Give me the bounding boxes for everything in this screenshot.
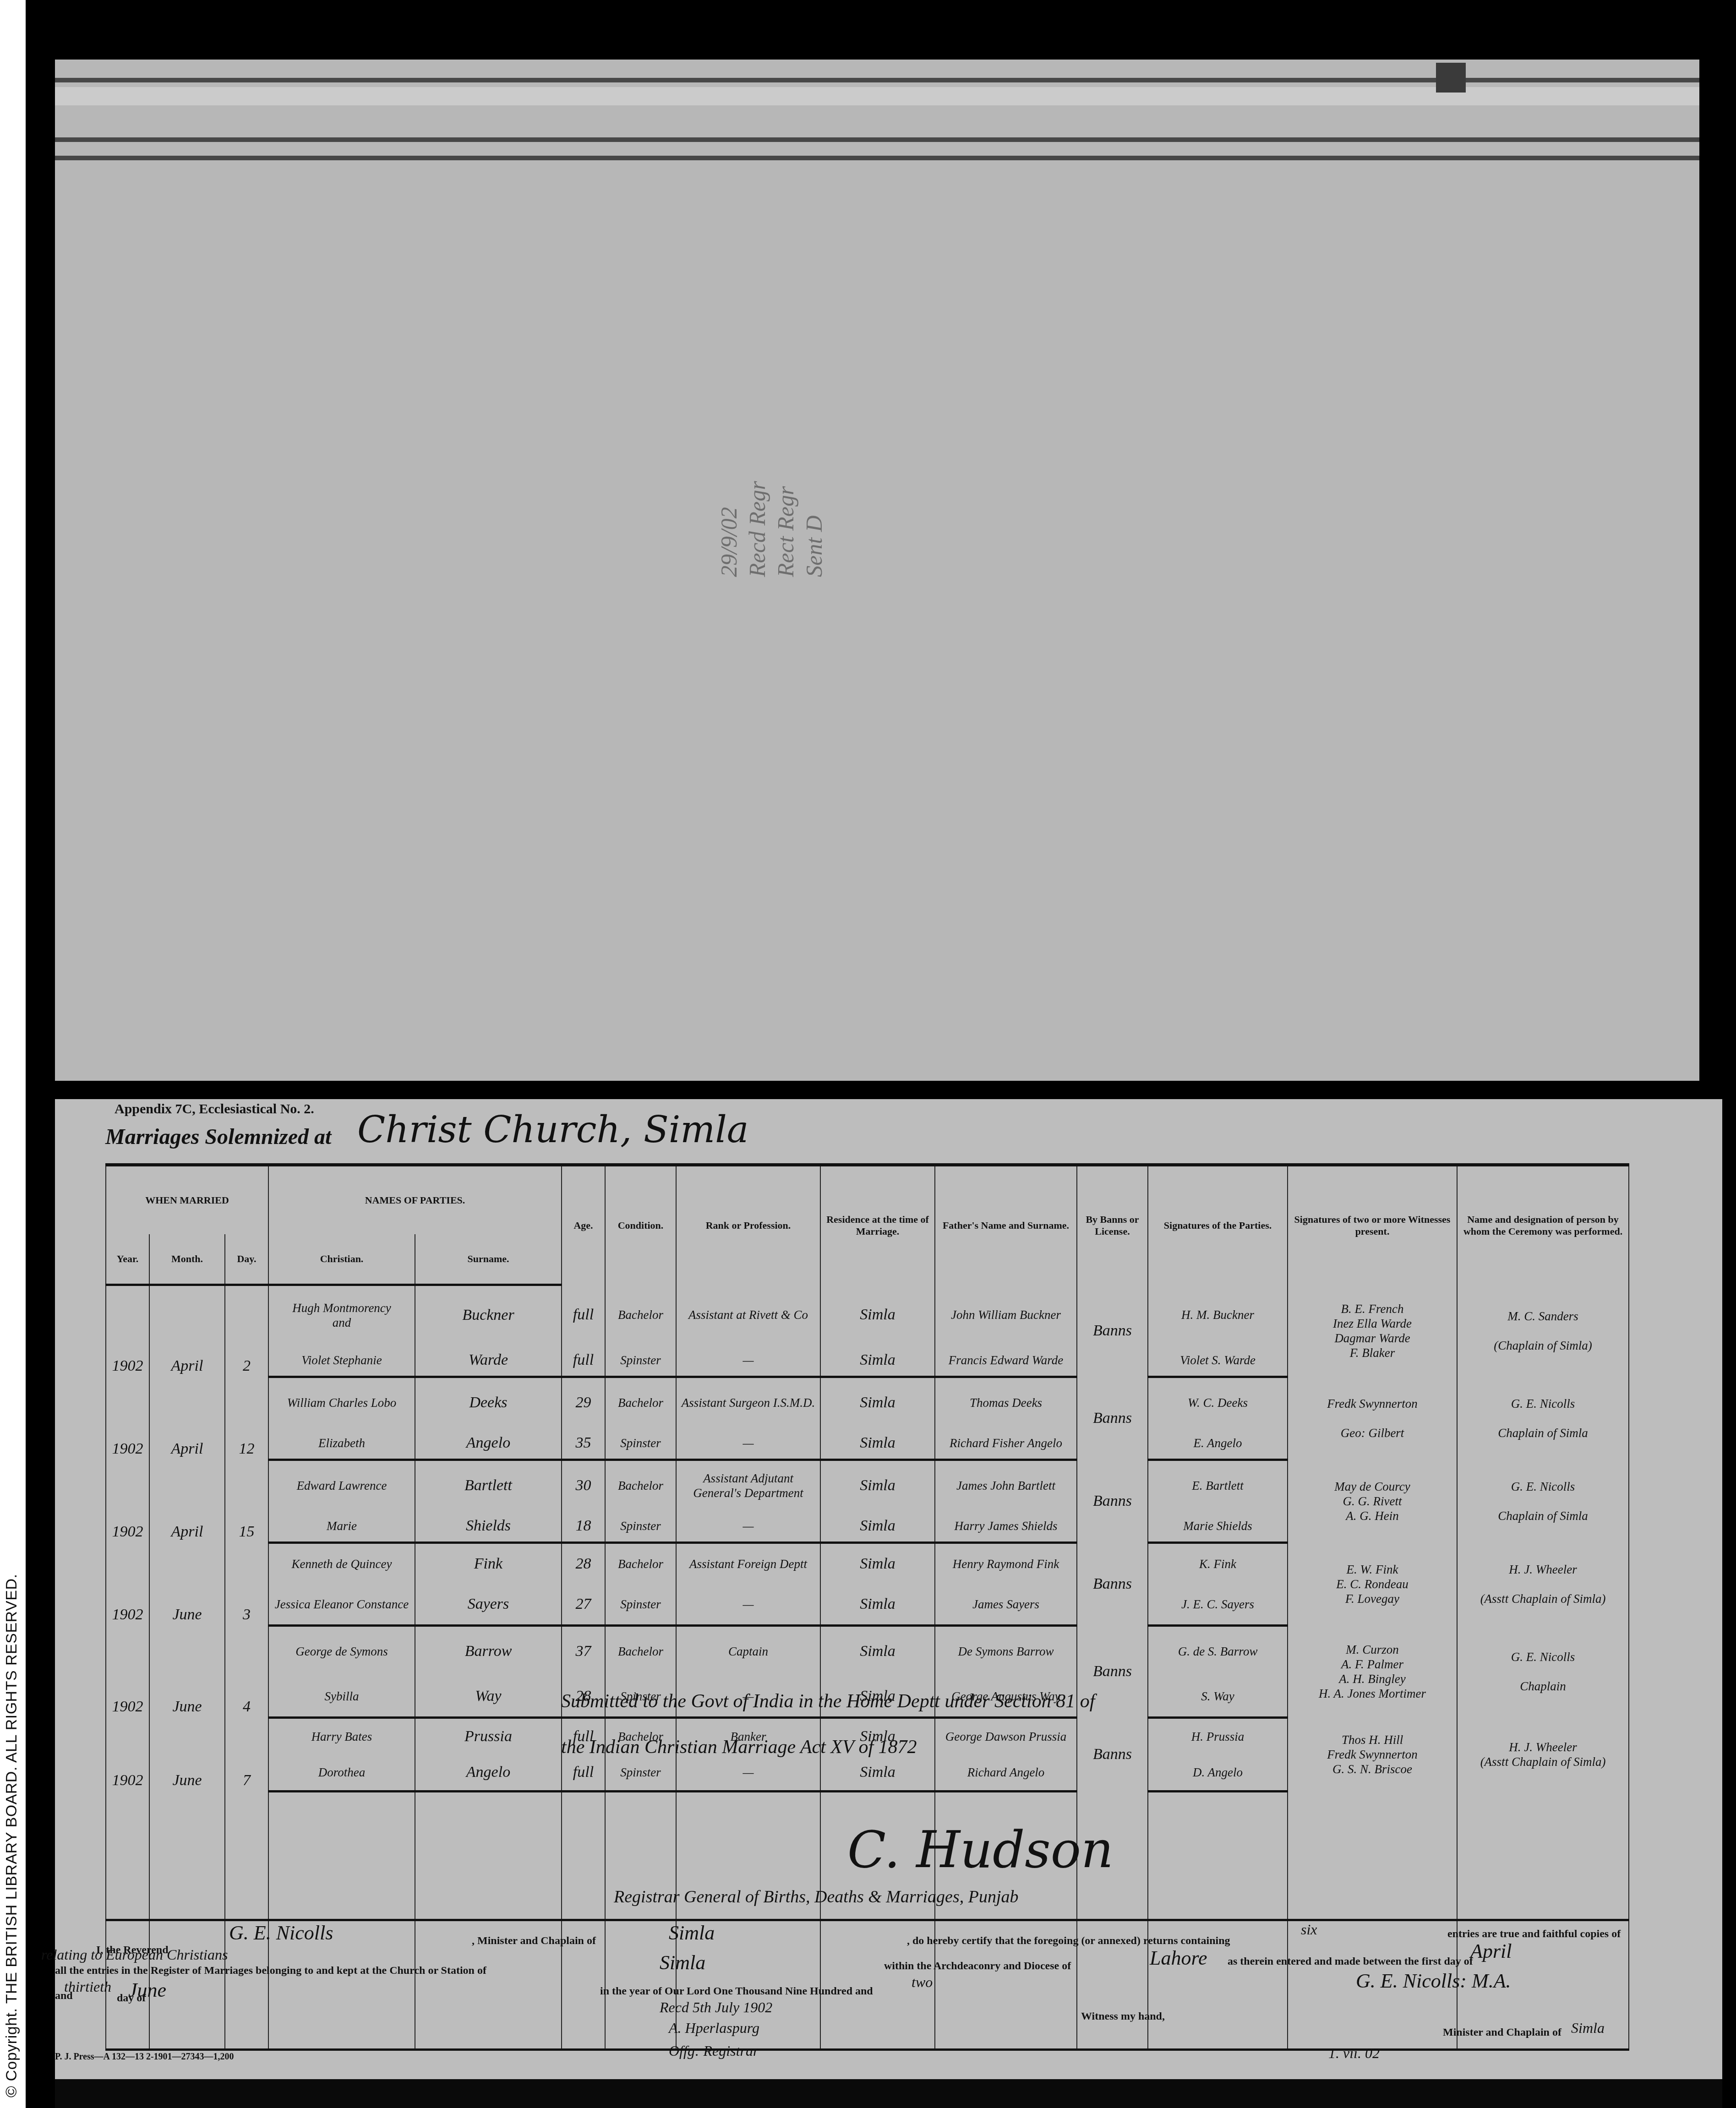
cell-banns: Banns [1077, 1460, 1148, 1543]
table-row-groom: 1902 April 15 Edward Lawrence Bartlett 3… [106, 1460, 1629, 1511]
header-signatures: Signatures of the Parties. [1148, 1165, 1288, 1285]
pencil-note: 29/9/02 Recd Regr Rect Regr Sent D [715, 481, 828, 577]
table-row-groom: 1902 June 3 Kenneth de Quincey Fink 28 B… [106, 1543, 1629, 1585]
cell-month: June [149, 1543, 225, 1626]
cell-residence: Simla [820, 1345, 935, 1377]
cell-father: Richard Fisher Angelo [935, 1427, 1077, 1460]
cell-father: Thomas Deeks [935, 1377, 1077, 1428]
cell-surname: Warde [415, 1345, 562, 1377]
page-edge-line [55, 156, 1699, 160]
cell-christian: Violet Stephanie [268, 1345, 415, 1377]
cert-relating-insert: relating to European Christians [41, 1946, 228, 1963]
cell-rank: — [676, 1345, 820, 1377]
cell-year: 1902 [106, 1543, 149, 1626]
page-edge-line [55, 137, 1699, 142]
cell-signature: K. Fink [1148, 1543, 1288, 1585]
cell-surname: Angelo [415, 1427, 562, 1460]
form-appendix-label: Appendix 7C, Ecclesiastical No. 2. [115, 1101, 314, 1117]
cell-condition: Bachelor [605, 1543, 676, 1585]
header-year: Year. [106, 1234, 149, 1285]
header-age: Age. [562, 1165, 605, 1285]
cell-age: 18 [562, 1510, 605, 1543]
church-name: Christ Church, Simla [357, 1108, 748, 1151]
cell-residence: Simla [820, 1427, 935, 1460]
cert-count: six [1301, 1921, 1317, 1938]
cell-day: 4 [225, 1626, 268, 1718]
clerk-signature: C. Hudson [847, 1820, 1114, 1879]
registrar-note: Registrar General of Births, Deaths & Ma… [614, 1887, 1018, 1907]
cell-residence: Simla [820, 1543, 935, 1585]
cell-condition: Spinster [605, 1427, 676, 1460]
cert-received-by: A. Hperlaspurg [669, 2020, 759, 2037]
cert-station: Simla [660, 1951, 705, 1974]
header-officiant: Name and designation of person by whom t… [1457, 1165, 1629, 1285]
cell-rank: Captain [676, 1626, 820, 1677]
cell-father: De Symons Barrow [935, 1626, 1077, 1677]
cert-chaplain-of: Simla [1571, 2020, 1605, 2037]
cell-age: 28 [562, 1543, 605, 1585]
cert-to-month: June [128, 1978, 166, 2002]
cert-chaplain-label: Minister and Chaplain of [1443, 2026, 1561, 2039]
cell-rank: Assistant Adjutant General's Department [676, 1460, 820, 1511]
cert-received-title: Offg: Registrar [669, 2043, 759, 2059]
cell-christian: Sybilla [268, 1676, 415, 1718]
cert-witness-label: Witness my hand, [1081, 2010, 1165, 2023]
cell-banns: Banns [1077, 1377, 1148, 1460]
cell-residence: Simla [820, 1510, 935, 1543]
cell-age: 37 [562, 1626, 605, 1677]
header-condition: Condition. [605, 1165, 676, 1285]
cell-christian: George de Symons [268, 1626, 415, 1677]
cert-archdeaconry-text: within the Archdeaconry and Diocese of [884, 1960, 1071, 1972]
cell-christian: Hugh Montmorencyand [268, 1285, 415, 1345]
header-father: Father's Name and Surname. [935, 1165, 1077, 1285]
cell-rank: Assistant Surgeon I.S.M.D. [676, 1377, 820, 1428]
cell-signature: E. Bartlett [1148, 1460, 1288, 1511]
cell-residence: Simla [820, 1460, 935, 1511]
cell-father: Henry Raymond Fink [935, 1543, 1077, 1585]
cell-rank: Assistant at Rivett & Co [676, 1285, 820, 1345]
cell-month: April [149, 1377, 225, 1460]
cell-christian: Edward Lawrence [268, 1460, 415, 1511]
cell-age: 29 [562, 1377, 605, 1428]
cell-age: 27 [562, 1584, 605, 1626]
cell-signature: Violet S. Warde [1148, 1345, 1288, 1377]
cell-witnesses: Fredk Swynnerton Geo: Gilbert [1288, 1377, 1457, 1460]
cell-rank: — [676, 1584, 820, 1626]
form-title: Marriages Solemnized at [105, 1124, 331, 1149]
cell-surname: Angelo [415, 1754, 562, 1792]
cell-day: 2 [225, 1285, 268, 1377]
cell-signature: J. E. C. Sayers [1148, 1584, 1288, 1626]
cell-surname: Bartlett [415, 1460, 562, 1511]
cell-rank: — [676, 1427, 820, 1460]
header-names-of-parties: NAMES OF PARTIES. [268, 1165, 562, 1235]
cell-month: April [149, 1285, 225, 1377]
header-day: Day. [225, 1234, 268, 1285]
cert-entries-text: entries are true and faithful copies of [1447, 1928, 1621, 1940]
cell-residence: Simla [820, 1377, 935, 1428]
header-banns: By Banns or License. [1077, 1165, 1148, 1285]
cell-witnesses: May de Courcy G. G. Rivett A. G. Hein [1288, 1460, 1457, 1543]
cell-age: full [562, 1285, 605, 1345]
cell-surname: Deeks [415, 1377, 562, 1428]
cell-surname: Prussia [415, 1718, 562, 1755]
cell-officiant: H. J. Wheeler (Asstt Chaplain of Simla) [1457, 1718, 1629, 1792]
cert-therein-text: as therein entered and made between the … [1228, 1955, 1473, 1968]
cell-condition: Bachelor [605, 1460, 676, 1511]
cell-year: 1902 [106, 1718, 149, 1792]
cert-signature: G. E. Nicolls: M.A. [1356, 1969, 1511, 1993]
cert-reverend-name: G. E. Nicolls [229, 1921, 333, 1945]
cell-officiant: G. E. Nicolls Chaplain [1457, 1626, 1629, 1718]
cell-signature: H. M. Buckner [1148, 1285, 1288, 1345]
cell-signature: G. de S. Barrow [1148, 1626, 1288, 1677]
cell-condition: Spinster [605, 1584, 676, 1626]
table-row-groom: 1902 June 4 George de Symons Barrow 37 B… [106, 1626, 1629, 1677]
cell-age: 35 [562, 1427, 605, 1460]
cert-minister-of: Simla [669, 1921, 715, 1945]
cell-month: April [149, 1460, 225, 1543]
cell-residence: Simla [820, 1626, 935, 1677]
header-surname: Surname. [415, 1234, 562, 1285]
upper-blank-page [55, 60, 1699, 1081]
cell-officiant: G. E. Nicolls Chaplain of Simla [1457, 1460, 1629, 1543]
cell-surname: Sayers [415, 1584, 562, 1626]
cell-surname: Way [415, 1676, 562, 1718]
cell-signature: Marie Shields [1148, 1510, 1288, 1543]
submission-annotation: Submitted to the Govt of India in the Ho… [561, 1678, 1317, 1770]
cell-condition: Bachelor [605, 1626, 676, 1677]
cell-father: Francis Edward Warde [935, 1345, 1077, 1377]
cell-christian: Jessica Eleanor Constance [268, 1584, 415, 1626]
header-christian: Christian. [268, 1234, 415, 1285]
copyright-watermark: © Copyright. THE BRITISH LIBRARY BOARD. … [3, 1574, 21, 2097]
cell-witnesses: B. E. French Inez Ella Warde Dagmar Ward… [1288, 1285, 1457, 1377]
cell-day: 15 [225, 1460, 268, 1543]
cell-father: Harry James Shields [935, 1510, 1077, 1543]
cell-day: 3 [225, 1543, 268, 1626]
cell-condition: Bachelor [605, 1377, 676, 1428]
cert-year-text: in the year of Our Lord One Thousand Nin… [600, 1985, 873, 1998]
cell-christian: Marie [268, 1510, 415, 1543]
tab-marker [1436, 63, 1466, 93]
header-witnesses: Signatures of two or more Witnesses pres… [1288, 1165, 1457, 1285]
cell-surname: Fink [415, 1543, 562, 1585]
cell-witnesses: E. W. Fink E. C. Rondeau F. Lovegay [1288, 1543, 1457, 1626]
cell-officiant: H. J. Wheeler (Asstt Chaplain of Simla) [1457, 1543, 1629, 1626]
cert-diocese: Lahore [1150, 1946, 1207, 1970]
cell-residence: Simla [820, 1584, 935, 1626]
cell-residence: Simla [820, 1285, 935, 1345]
cell-father: James Sayers [935, 1584, 1077, 1626]
cert-year-word: two [912, 1974, 933, 1991]
cell-surname: Shields [415, 1510, 562, 1543]
cert-received: Recd 5th July 1902 [660, 1999, 772, 2016]
cell-christian: Kenneth de Quincey [268, 1543, 415, 1585]
cell-officiant: M. C. Sanders (Chaplain of Simla) [1457, 1285, 1629, 1377]
table-row-groom: 1902 April 2 Hugh Montmorencyand Buckner… [106, 1285, 1629, 1345]
printer-line: P. J. Press—A 132—13 2-1901—27343—1,200 [55, 2052, 234, 2062]
cell-banns: Banns [1077, 1285, 1148, 1377]
cell-father: James John Bartlett [935, 1460, 1077, 1511]
cell-rank: — [676, 1510, 820, 1543]
header-rank: Rank or Profession. [676, 1165, 820, 1285]
cell-year: 1902 [106, 1460, 149, 1543]
cert-to-day: thirtieth [64, 1978, 111, 1995]
cell-officiant: G. E. Nicolls Chaplain of Simla [1457, 1377, 1629, 1460]
cert-certify-text: , do hereby certify that the foregoing (… [907, 1935, 1230, 1947]
cell-day: 7 [225, 1718, 268, 1792]
table-row-groom: 1902 April 12 William Charles Lobo Deeks… [106, 1377, 1629, 1428]
cell-christian: William Charles Lobo [268, 1377, 415, 1428]
cell-age: 30 [562, 1460, 605, 1511]
cell-rank: Assistant Foreign Deptt [676, 1543, 820, 1585]
cell-christian: Harry Bates [268, 1718, 415, 1755]
cell-banns: Banns [1077, 1543, 1148, 1626]
cell-age: full [562, 1345, 605, 1377]
cell-year: 1902 [106, 1377, 149, 1460]
header-residence: Residence at the time of Marriage. [820, 1165, 935, 1285]
cell-month: June [149, 1718, 225, 1792]
cell-month: June [149, 1626, 225, 1718]
cell-condition: Spinster [605, 1510, 676, 1543]
cell-day: 12 [225, 1377, 268, 1460]
cell-surname: Barrow [415, 1626, 562, 1677]
cell-year: 1902 [106, 1626, 149, 1718]
cell-father: John William Buckner [935, 1285, 1077, 1345]
cell-signature: W. C. Deeks [1148, 1377, 1288, 1428]
cell-christian: Elizabeth [268, 1427, 415, 1460]
cell-surname: Buckner [415, 1285, 562, 1345]
header-when-married: WHEN MARRIED [106, 1165, 268, 1235]
cert-from-month: April [1470, 1939, 1512, 1963]
marriage-register-table: WHEN MARRIED NAMES OF PARTIES. Age. Cond… [105, 1163, 1629, 2051]
header-month: Month. [149, 1234, 225, 1285]
cell-signature: E. Angelo [1148, 1427, 1288, 1460]
cell-christian: Dorothea [268, 1754, 415, 1792]
cert-all-entries-text: all the entries in the Register of Marri… [55, 1965, 486, 1977]
cert-date: 1. vii. 02 [1328, 2045, 1380, 2062]
cell-condition: Spinster [605, 1345, 676, 1377]
cell-year: 1902 [106, 1285, 149, 1377]
cell-condition: Bachelor [605, 1285, 676, 1345]
page-bottom-edge [55, 2079, 1722, 2108]
cert-minister-label: , Minister and Chaplain of [472, 1935, 596, 1947]
